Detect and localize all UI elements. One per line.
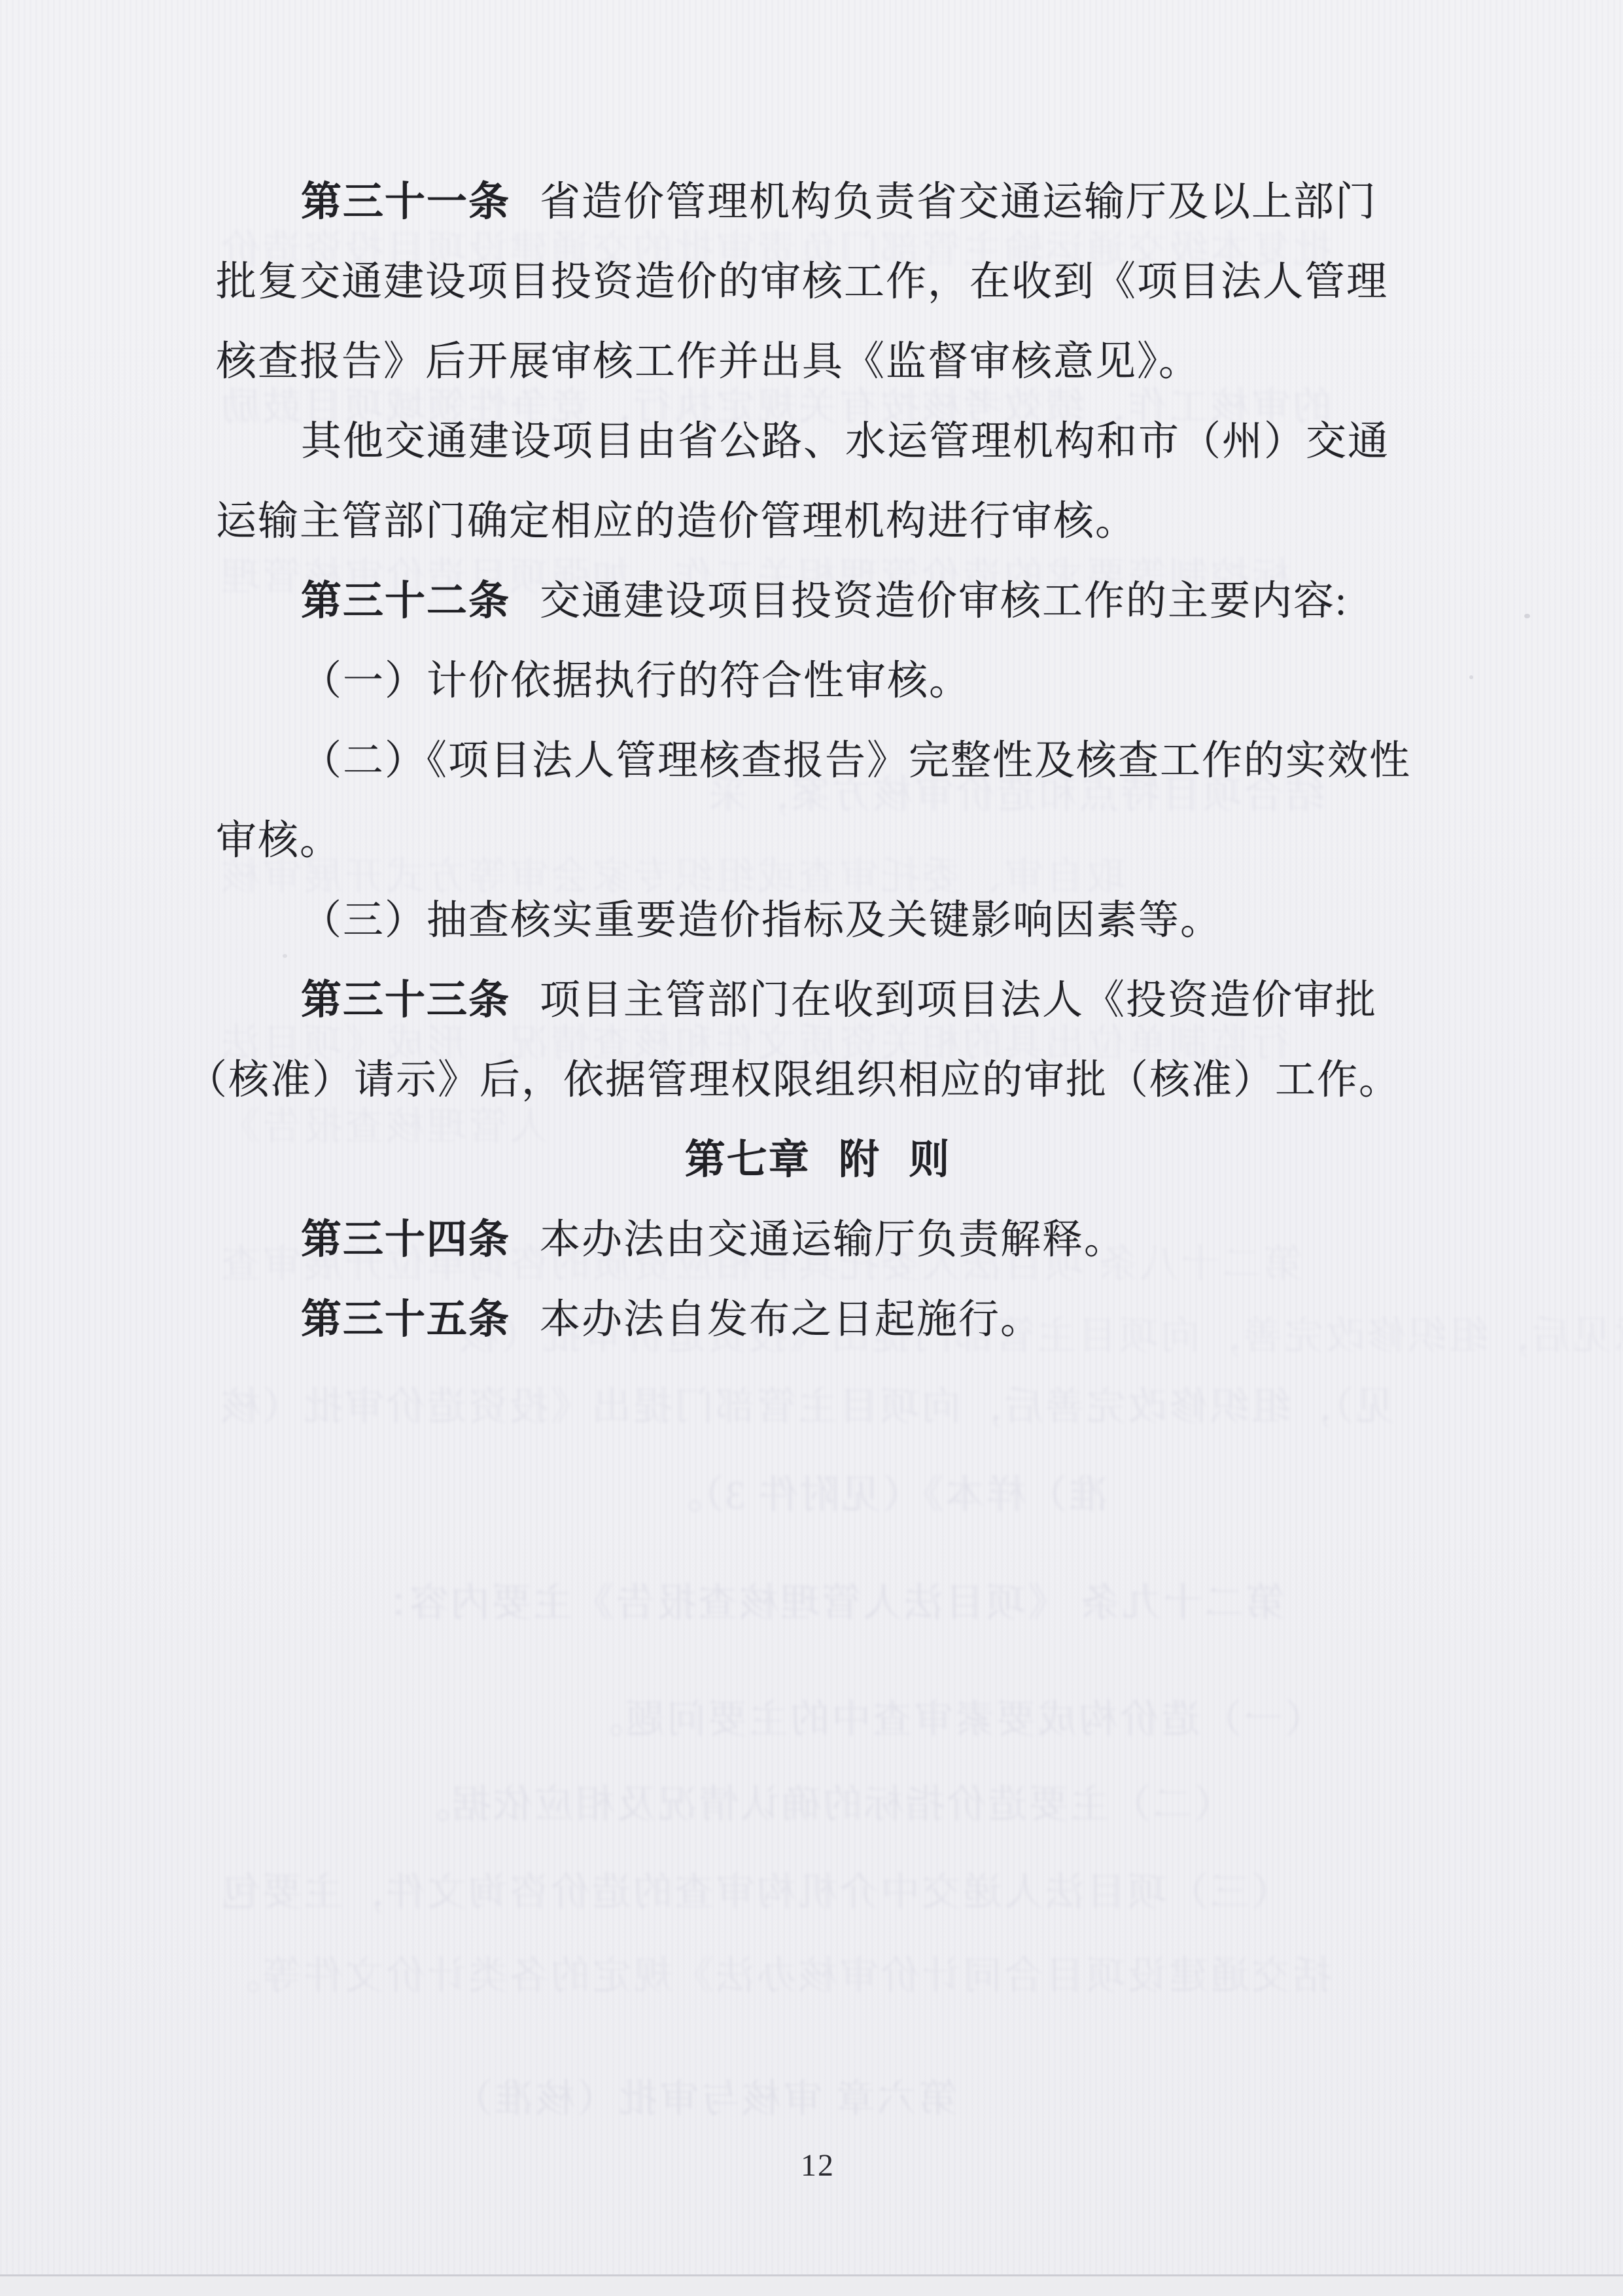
article-text-line: 第三十一条省造价管理机构负责省交通运输厅及以上部门 <box>301 182 1377 222</box>
article-text-line: 其他交通建设项目由省公路、水运管理机构和市（州）交通 <box>301 421 1389 462</box>
article-text-line: 核查报告》后开展审核工作并出具《监督审核意见》。 <box>216 342 1200 382</box>
article-text-line: 批复交通建设项目投资造价的审核工作，在收到《项目法人管理 <box>216 262 1388 302</box>
article-text-line: 审核。 <box>216 821 341 861</box>
article-text: 交通建设项目投资造价审核工作的主要内容: <box>540 579 1348 624</box>
article-text-line: （二）《项目法人管理核查报告》完整性及核查工作的实效性 <box>301 741 1411 781</box>
article-number: 第三十五条 <box>301 1297 510 1342</box>
page-number: 12 <box>216 2147 1420 2183</box>
article-text-line: 第三十五条本办法自发布之日起施行。 <box>301 1299 1042 1340</box>
article-text-line: （三）抽查核实重要造价指标及关键影响因素等。 <box>301 900 1222 941</box>
article-text: （三）抽查核实重要造价指标及关键影响因素等。 <box>301 898 1222 943</box>
scanned-document-page: 批复本级交通运输主管部门负责审批的交通建设项目投资造价的审核工作，绩效考核按有关… <box>0 0 1623 2296</box>
article-text-line: 运输主管部门确定相应的造价管理机构进行审核。 <box>216 501 1137 542</box>
article-number: 第三十四条 <box>301 1217 510 1262</box>
article-number: 第三十一条 <box>301 179 510 224</box>
article-text: 省造价管理机构负责省交通运输厅及以上部门 <box>540 180 1377 224</box>
article-number: 第三十三条 <box>301 978 510 1023</box>
article-text: 项目主管部门在收到项目法人《投资造价审批 <box>540 978 1377 1023</box>
article-text: 批复交通建设项目投资造价的审核工作，在收到《项目法人管理 <box>216 260 1388 304</box>
article-text: 本办法自发布之日起施行。 <box>540 1298 1042 1342</box>
article-text: 其他交通建设项目由省公路、水运管理机构和市（州）交通 <box>301 419 1389 464</box>
chapter-heading: 第七章 附 则 <box>216 1140 1420 1180</box>
article-text-line: 第三十三条项目主管部门在收到项目法人《投资造价审批 <box>301 980 1377 1021</box>
paper-speck <box>1469 675 1473 679</box>
article-text-line: 第三十二条交通建设项目投资造价审核工作的主要内容: <box>301 581 1348 622</box>
article-text: （核准）请示》后，依据管理权限组织相应的审批（核准）工作。 <box>186 1058 1401 1103</box>
paper-speck <box>283 954 287 958</box>
article-text-line: 第三十四条本办法由交通运输厅负责解释。 <box>301 1220 1126 1260</box>
document-text-layer: 第三十一条省造价管理机构负责省交通运输厅及以上部门批复交通建设项目投资造价的审核… <box>0 0 1623 2296</box>
scan-bottom-strip <box>0 2276 1623 2296</box>
article-text: 核查报告》后开展审核工作并出具《监督审核意见》。 <box>216 340 1200 384</box>
article-number: 第三十二条 <box>301 578 510 624</box>
article-text: 运输主管部门确定相应的造价管理机构进行审核。 <box>216 499 1137 544</box>
article-text: （一）计价依据执行的符合性审核。 <box>301 659 971 703</box>
article-text: 本办法由交通运输厅负责解释。 <box>540 1218 1126 1262</box>
article-text-line: （核准）请示》后，依据管理权限组织相应的审批（核准）工作。 <box>186 1060 1401 1101</box>
chapter-heading-text: 第七章 附 则 <box>685 1137 951 1182</box>
article-text: （二）《项目法人管理核查报告》完整性及核查工作的实效性 <box>301 739 1411 783</box>
article-text-line: （一）计价依据执行的符合性审核。 <box>301 661 971 701</box>
article-text: 审核。 <box>216 819 341 863</box>
paper-speck <box>1524 614 1530 618</box>
